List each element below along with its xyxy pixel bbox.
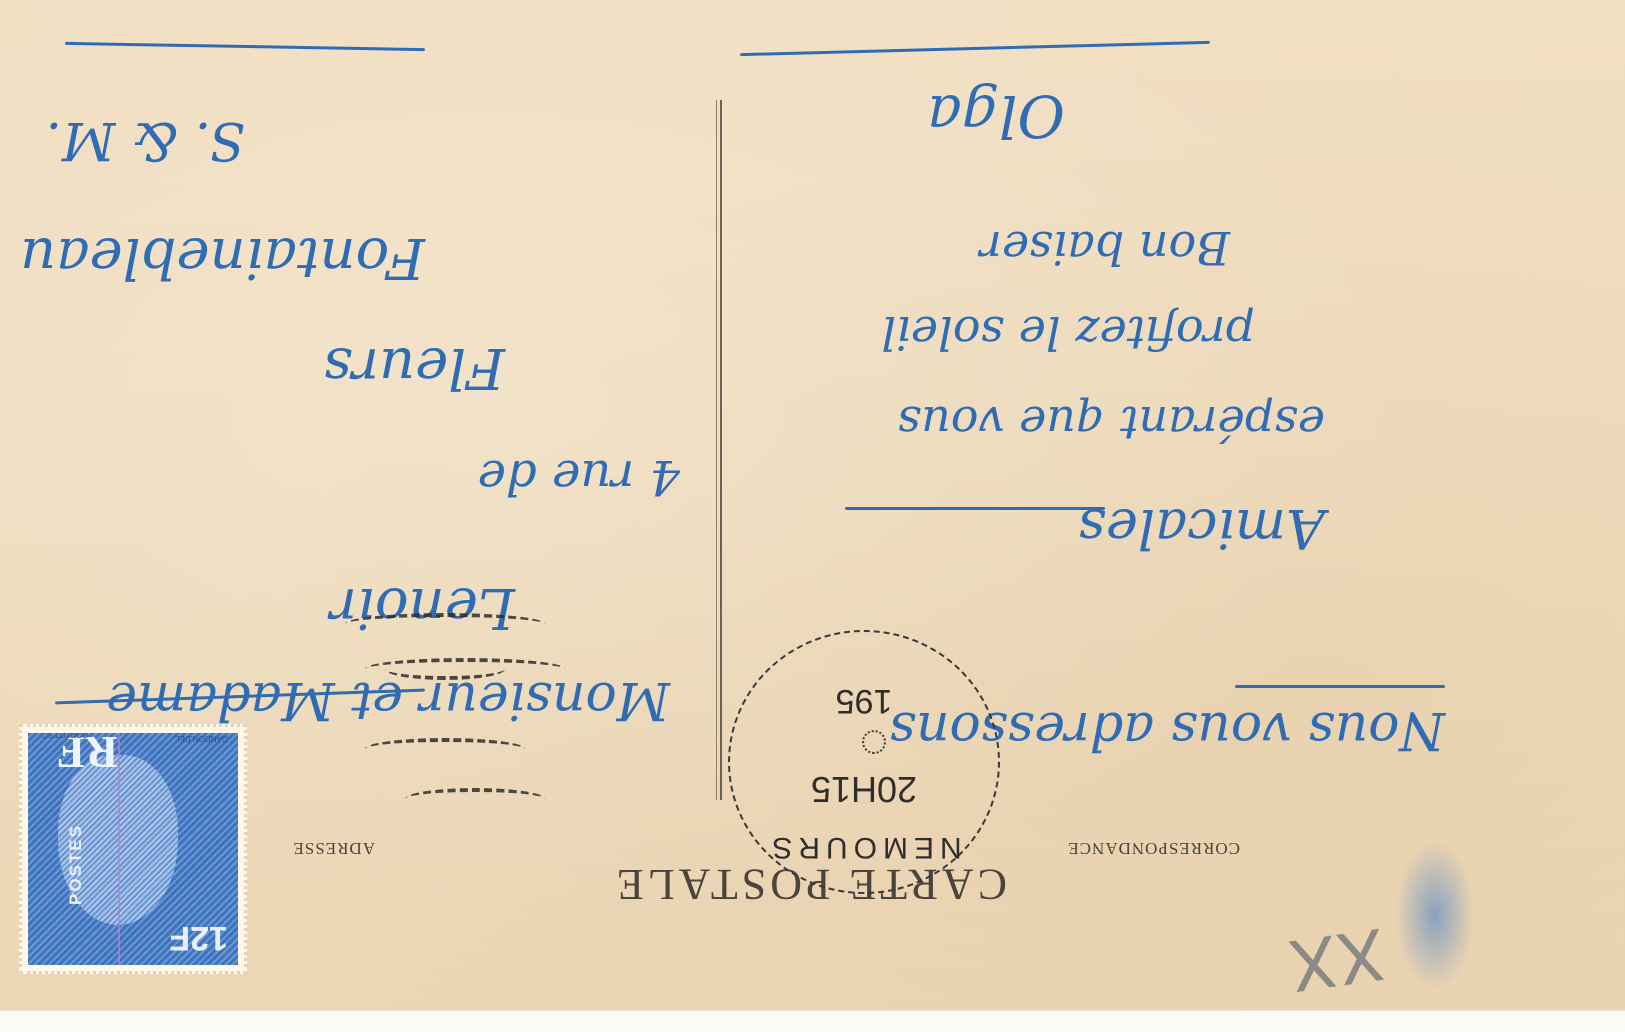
handwritten-line: Amicales [1078, 497, 1325, 560]
handwritten-line: espérant que vous [898, 396, 1325, 450]
handwritten-address-line: S. & M. [46, 110, 245, 170]
scan-border [0, 1010, 1625, 1032]
postcard-back: CARTE POSTALE CORRESPONDANCE ADRESSE Nou… [0, 0, 1625, 1010]
correspondence-label: CORRESPONDANCE [1067, 838, 1240, 858]
handwritten-signature: Olga [927, 82, 1065, 150]
handwritten-line: profitez le soleil [881, 306, 1255, 360]
stamp-designer: GANDON.DEL [175, 734, 228, 743]
postmark-time: 20H15 [730, 768, 998, 810]
stamp-design: 12F POSTES RF GANDON.DEL CORTOT.SC [28, 733, 238, 965]
handwriting-underline [845, 507, 1105, 510]
postmark-year: 195 [730, 681, 998, 720]
handwriting-underline [1235, 685, 1445, 688]
postmark-dot [862, 730, 886, 754]
postmark-town: NEMOURS [730, 830, 998, 864]
cancel-wave [365, 738, 525, 760]
handwritten-address-line: Fleurs [324, 335, 505, 400]
cancel-wave [405, 788, 545, 810]
stamp-value: 12F [169, 918, 228, 957]
stamp-postes-label: POSTES [66, 824, 86, 905]
pencil-note: XX [1284, 912, 1390, 1007]
stamp-crease [118, 733, 120, 965]
handwritten-address-line: 4 rue de [478, 449, 680, 505]
handwriting-underline [65, 42, 425, 51]
handwritten-address-line: Fontainebleau [20, 225, 425, 290]
postage-stamp: 12F POSTES RF GANDON.DEL CORTOT.SC [19, 724, 247, 974]
cancel-wave [385, 658, 505, 680]
nemours-postmark: NEMOURS 20H15 195 [728, 630, 1000, 894]
postcard-content-rotated: CARTE POSTALE CORRESPONDANCE ADRESSE Nou… [0, 0, 1625, 1010]
center-divider [716, 100, 722, 800]
stamp-country: RF [57, 733, 118, 779]
signature-underline [740, 41, 1210, 56]
address-label: ADRESSE [292, 838, 375, 858]
cancel-wave [345, 613, 545, 635]
handwritten-line: Bon baiser [980, 221, 1230, 275]
stamp-engraver: CORTOT.SC [42, 733, 88, 739]
ink-smudge [1395, 840, 1475, 990]
